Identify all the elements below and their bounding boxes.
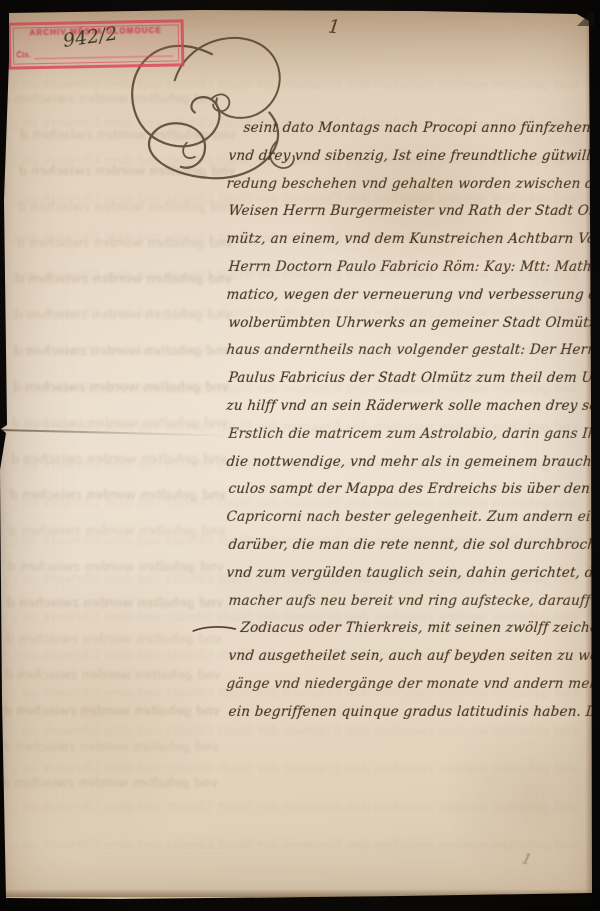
bleedthrough-line: vnd gehalten worden zwischen den Ersamen… [8,524,226,539]
manuscript-line: matico, wegen der verneuerung vnd verbes… [225,287,583,315]
manuscript-line: Paulus Fabricius der Stadt Olmütz zum th… [227,370,585,398]
bleedthrough-line: vnd gehalten worden zwischen den Ersamen… [11,762,579,777]
pen-swash [192,624,237,634]
bleedthrough-line: vnd gehalten worden zwischen den Ersamen… [11,838,579,853]
manuscript-line: vnd drey vnd sibenzig, Ist eine freundtl… [227,148,585,176]
bleedthrough-line: vnd gehalten worden zwischen den Ersamen… [9,488,227,503]
bleedthrough-line: vnd gehalten worden zwischen den Ersamen… [17,200,235,215]
paper-edge-shadow [585,18,592,897]
manuscript-line: gänge vnd niedergänge der monate vnd and… [225,676,583,704]
photo-background: vnd gehalten worden zwischen den Ersamen… [0,0,600,911]
manuscript-page: vnd gehalten worden zwischen den Ersamen… [0,0,600,911]
manuscript-line: culos sampt der Mappa des Erdreichs bis … [227,481,585,509]
manuscript-line: Erstlich die matricem zum Astrolabio, da… [227,426,585,454]
manuscript-line: wolberümbten Uhrwerks an gemeiner Stadt … [227,315,585,343]
manuscript-line: redung beschehen vnd gehalten worden zwi… [225,176,583,204]
manuscript-line: darüber, die man die rete nennt, die sol… [227,537,585,565]
bleedthrough-line: vnd gehalten worden zwischen den Ersamen… [7,560,225,575]
bleedthrough-line: vnd gehalten worden zwischen den Ersamen… [4,668,222,683]
manuscript-line: Weisen Herrn Burgermeister vnd Rath der … [227,203,585,231]
corner-fold [574,12,594,26]
manuscript-line-text: Zodiacus oder Thierkreis, mit seinen zwö… [240,620,600,636]
manuscript-line: mütz, an einem, vnd dem Kunstreichen Ach… [225,231,583,259]
bleedthrough-line: vnd gehalten worden zwischen den Ersamen… [3,704,221,719]
bleedthrough-line: vnd gehalten worden zwischen den Ersamen… [10,452,228,467]
manuscript-line: zu hilff vnd an sein Räderwerk solle mac… [225,398,583,426]
manuscript-line: Capricorni nach bester gelegenheit. Zum … [225,509,583,537]
manuscript-line: ein begriffenen quinque gradus latitudin… [227,704,585,732]
manuscript-line: die nottwendige, vnd mehr als in gemeine… [225,454,583,482]
manuscript-text-block: seint dato Montags nach Procopi anno fün… [226,120,582,732]
bleedthrough-line: vnd gehalten worden zwischen den Ersamen… [11,800,579,815]
manuscript-line: Zodiacus oder Thierkreis, mit seinen zwö… [191,620,583,648]
bleedthrough-line: vnd gehalten worden zwischen den Ersamen… [13,344,231,359]
bleedthrough-line: vnd gehalten worden zwischen den Ersamen… [1,776,219,791]
bleedthrough-line: vnd gehalten worden zwischen den Ersamen… [14,308,232,323]
bleedthrough-line: vnd gehalten worden zwischen den Ersamen… [15,272,233,287]
bleedthrough-line: vnd gehalten worden zwischen den Ersamen… [6,596,224,611]
archive-stamp: ARCHIV MĚSTA OLOMOUCE Čís. 942/2 [8,19,185,69]
manuscript-line: seint dato Montags nach Procopi anno fün… [225,120,583,148]
paper-stain [0,560,220,860]
folio-number-top: 1 [327,15,341,38]
manuscript-line: macher aufs neu bereit vnd ring aufsteck… [227,593,585,621]
manuscript-line: Herrn Doctorn Paulo Fabricio Röm: Kay: M… [227,259,585,287]
folio-number-bottom: 1 [520,849,534,869]
manuscript-line: vnd zum vergülden tauglich sein, dahin g… [225,565,583,593]
manuscript-line: vnd ausgetheilet sein, auch auf beyden s… [227,648,585,676]
paper-crack [0,429,228,437]
bleedthrough-line: vnd gehalten worden zwischen den Ersamen… [11,416,229,431]
paper-edge-shadow [4,889,594,897]
bleedthrough-line: vnd gehalten worden zwischen den Ersamen… [16,236,234,251]
bleedthrough-line: vnd gehalten worden zwischen den Ersamen… [2,740,220,755]
manuscript-line: haus anderntheils nach volgender gestalt… [225,342,583,370]
bleedthrough-line: vnd gehalten worden zwischen den Ersamen… [12,380,230,395]
stamp-number-label: Čís. [16,50,31,59]
